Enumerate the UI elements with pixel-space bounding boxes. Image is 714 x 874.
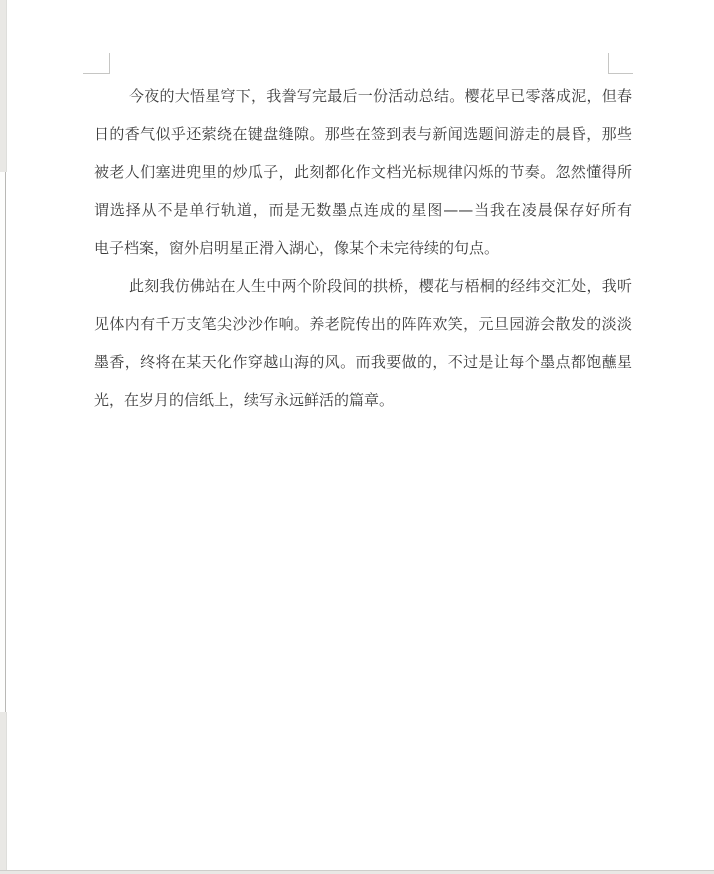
crop-mark-top-left — [83, 53, 110, 74]
text-line: 今夜的大悟星穹下，我誊写完最后一份活动总结。樱花早已零落成泥，但春 — [94, 77, 632, 115]
adjacent-page-edge — [0, 172, 6, 712]
text-line: 光，在岁月的信纸上，续写永远鲜活的篇章。 — [94, 381, 632, 419]
canvas-bottom-strip — [0, 870, 714, 874]
text-line: 此刻我仿佛站在人生中两个阶段间的拱桥，樱花与梧桐的经纬交汇处，我听 — [94, 267, 632, 305]
text-line: 谓选择从不是单行轨道，而是无数墨点连成的星图——当我在凌晨保存好所有 — [94, 191, 632, 229]
text-line: 电子档案，窗外启明星正滑入湖心，像某个未完待续的句点。 — [94, 229, 632, 267]
canvas-gutter-bottom — [0, 712, 7, 870]
canvas-gutter-top — [0, 0, 7, 172]
document-page: 今夜的大悟星穹下，我誊写完最后一份活动总结。樱花早已零落成泥，但春日的香气似乎还… — [0, 0, 714, 874]
text-line: 日的香气似乎还萦绕在键盘缝隙。那些在签到表与新闻选题间游走的晨昏，那些 — [94, 115, 632, 153]
crop-mark-top-right — [608, 53, 633, 74]
text-line: 墨香，终将在某天化作穿越山海的风。而我要做的，不过是让每个墨点都饱蘸星 — [94, 343, 632, 381]
text-line: 被老人们塞进兜里的炒瓜子，此刻都化作文档光标规律闪烁的节奏。忽然懂得所 — [94, 153, 632, 191]
document-text-area[interactable]: 今夜的大悟星穹下，我誊写完最后一份活动总结。樱花早已零落成泥，但春日的香气似乎还… — [94, 77, 632, 419]
text-line: 见体内有千万支笔尖沙沙作响。养老院传出的阵阵欢笑，元旦园游会散发的淡淡 — [94, 305, 632, 343]
